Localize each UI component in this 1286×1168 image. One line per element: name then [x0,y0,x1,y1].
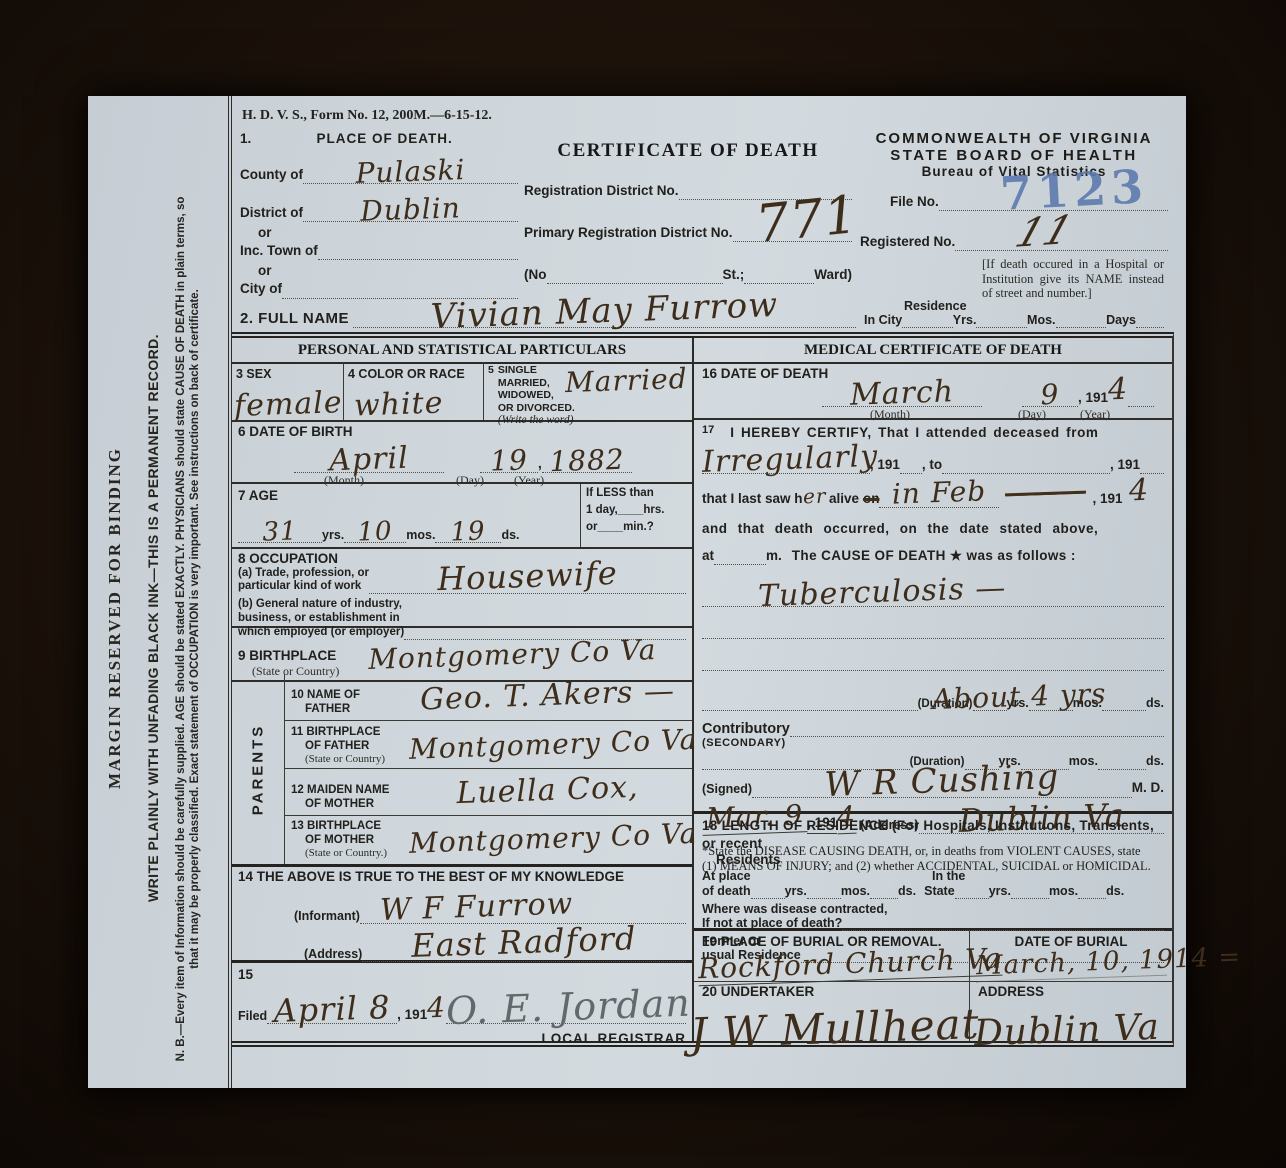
age-ds-unit: ds. [501,527,519,543]
signed-label: (Signed) [702,781,752,797]
state-board-block: COMMONWEALTH OF VIRGINIA STATE BOARD OF … [860,130,1168,301]
contributory-line: Contributory [702,721,1164,737]
informant-block: 14 THE ABOVE IS TRUE TO THE BEST OF MY K… [232,864,692,963]
dod-day-value: 9 [1021,377,1078,412]
dob-year-value: 1882 [541,443,632,479]
occupation-a-line2: particular kind of work [238,580,369,594]
death-occurred-line: and that death occurred, on the date sta… [702,520,1164,538]
margin-nb-note: N. B.—Every item of Information should b… [174,190,202,1068]
occupation-value: Housewife [368,552,686,601]
occupation-cell: 8 OCCUPATION (a) Trade, profession, or p… [232,547,692,628]
residents-label: Residents [716,853,1164,867]
personal-section-title: PERSONAL AND STATISTICAL PARTICULARS [232,338,692,364]
occupation-a-line1: (a) Trade, profession, or [238,567,369,581]
item-1-number: 1. [240,130,251,148]
registered-no-label: Registered No. [860,233,955,251]
undertaker-address-cell: ADDRESS Dublin Va [970,981,1172,1041]
contracted-line-2: If not at place of death? [702,917,1164,931]
age-months-value: 10 [344,516,407,548]
commonwealth-line: COMMONWEALTH OF VIRGINIA [860,130,1168,147]
date-of-birth-cell: 6 DATE OF BIRTH April 19 , 1882 (Month) … [232,420,692,484]
duration-ds-1: ds. [1146,695,1164,711]
undertaker-address-label: ADDRESS [978,984,1044,999]
marital-line-4: OR DIVORCED. [498,402,575,415]
undertaker-signature: J W Mullheat [689,999,980,1058]
registered-no-field: Registered No. 11 [860,233,1168,251]
certify-block: 17 I HEREBY CERTIFY, That I attended dec… [694,420,1172,814]
undertaker-cell: 20 UNDERTAKER J W Mullheat [694,981,970,1041]
medical-section-title: MEDICAL CERTIFICATE OF DEATH [694,338,1172,364]
mother-name-label-2: OF MOTHER [305,798,409,812]
filed-block: 15 Filed April 8 , 191 4 O. E. Jordan LO… [232,963,692,1041]
cause-value-line: Tuberculosis — [702,591,1164,607]
no-label: (No [524,266,547,284]
knowledge-label: 14 THE ABOVE IS TRUE TO THE BEST OF MY K… [238,869,624,884]
age-label: 7 AGE [238,488,278,503]
marital-number: 5 [488,364,494,428]
dod-year-print: , 191 [1078,389,1108,407]
primary-registration-label: Primary Registration District No. [524,224,733,242]
less-line-3: or____min.? [586,521,687,535]
birthplace-label: 9 BIRTHPLACE [238,647,339,665]
marital-line-2: MARRIED, [498,377,575,390]
photo-background: MARGIN RESERVED FOR BINDING WRITE PLAINL… [0,0,1286,1168]
dod-year-caption: (Year) [1080,408,1110,420]
duration-line-1: (Duration) yrs. mos. ds. About 4 yrs [702,695,1164,711]
filed-number: 15 [238,967,253,982]
res-ds-2: ds. [1106,883,1124,899]
in-city-label: In City [864,312,902,328]
county-field: County of Pulaski [240,162,518,184]
burial-place-cell: 19 PLACE OF BURIAL OR REMOVAL. Rockford … [694,931,970,981]
in-the-label: In the [932,868,965,884]
father-name-row: 10 NAME OF FATHER Geo. T. Akers — [285,674,692,721]
marital-cell: 5 SINGLE MARRIED, WIDOWED, OR DIVORCED. … [484,362,692,420]
mother-bp-label-1: 13 BIRTHPLACE [291,820,409,834]
dob-label: 6 DATE OF BIRTH [238,424,353,439]
last-saw-line: that I last saw h er alive on in Feb ———… [702,488,1164,508]
less-line-2: 1 day,____hrs. [586,504,687,518]
or-word-2: or [258,262,518,280]
certify-number: 17 [702,424,714,442]
contracted-q: If not at place of death? [702,915,842,931]
st-label: St.; [723,266,745,284]
less-than-day-cell: If LESS than 1 day,____hrs. or____min.? [580,484,692,547]
res-yrs-1: yrs. [785,883,807,899]
undertaker-address-value: Dublin Va [973,1007,1160,1054]
father-bp-label-3: (State or Country) [305,754,409,765]
residence-mos-label: Mos. [1027,312,1055,328]
occupation-b-line1: (b) General nature of industry, [238,598,404,612]
informant-label: (Informant) [294,908,360,924]
district-field: District of Dublin [240,200,518,222]
sex-value: female [233,385,343,424]
primary-registration-field: Primary Registration District No. 771 [524,224,852,242]
race-value: white [353,385,444,423]
attended-from-line: Irregularly , 191 , to , 191 [702,456,1164,474]
district-label: District of [240,204,303,222]
filed-label: Filed [238,1008,267,1024]
death-certificate: MARGIN RESERVED FOR BINDING WRITE PLAINL… [88,96,1186,1088]
form-number: H. D. V. S., Form No. 12, 200M.—6-15-12. [242,108,492,124]
on-struck-word: on [863,490,880,508]
cause-value: Tuberculosis — [702,565,1165,616]
father-name-value: Geo. T. Akers — [408,673,686,718]
mother-name-label-1: 12 MAIDEN NAME [291,784,409,798]
dod-label: 16 DATE OF DEATH [702,366,828,381]
at-label: at [702,547,714,565]
place-of-death-title: PLACE OF DEATH. [251,130,518,148]
burial-date-cell: DATE OF BURIAL March, 10, 1914 = [970,931,1172,981]
last-saw-year-handwritten: 4 [1128,473,1149,509]
full-name-label: 2. FULL NAME [240,309,349,329]
father-name-label-1: 10 NAME OF [291,689,409,703]
struck-scribble: ——— [1005,477,1087,510]
duration-ds-2: ds. [1146,753,1164,769]
last-saw-value: in Feb [879,474,1000,511]
last-saw-er: er [802,484,826,509]
parents-label-cell: PARENTS [232,674,285,864]
attended-value: Irregularly [701,439,870,480]
marital-line-1: SINGLE [498,364,575,377]
age-cell: 7 AGE 31 yrs. 10 mos. 19 ds. [232,484,580,547]
burial-date-value: March, 10, 1914 = [976,945,1167,983]
less-line-1: If LESS than [586,487,687,501]
registration-district-label: Registration District No. [524,182,679,200]
filed-date-value: April 8 [267,988,398,1031]
parents-block: PARENTS 10 NAME OF FATHER Geo. T. Akers … [232,674,692,867]
m-label: m. [766,547,782,565]
local-registrar-label: LOCAL REGISTRAR [541,1031,686,1046]
registrar-signature: O. E. Jordan [445,981,686,1033]
mother-bp-label-2: OF MOTHER [305,834,409,848]
ward-label: Ward) [814,266,852,284]
certificate-title: CERTIFICATE OF DEATH [524,140,852,162]
mother-birthplace-row: 13 BIRTHPLACE OF MOTHER (State or Countr… [285,816,692,862]
personal-column: PERSONAL AND STATISTICAL PARTICULARS 3 S… [232,338,694,1041]
contributory-label: Contributory [702,721,790,737]
cause-line-label: The CAUSE OF DEATH ★ was as follows : [792,547,1076,565]
secondary-label: (SECONDARY) [702,737,1164,750]
race-cell: 4 COLOR OR RACE white [344,362,484,420]
res-mos-2: mos. [1049,883,1078,899]
full-name-row: 2. FULL NAME Vivian May Furrow Residence… [240,294,1164,328]
residence-18-label: 18 LENGTH OF RESIDENCE (For Hospitals, I… [702,818,1154,851]
dob-day-value: 19 [479,443,538,478]
undertaker-label: 20 UNDERTAKER [702,984,814,999]
residence-block: Residence In City Yrs. Mos. Days [864,298,1164,328]
margin-binding-note: MARGIN RESERVED FOR BINDING [106,168,123,1068]
residence-yrs-label: Yrs. [953,312,977,328]
father-name-label-2: FATHER [305,703,409,717]
filed-year-handwritten: 4 [427,991,447,1025]
dod-month-value: March [821,373,982,414]
marital-line-3: WIDOWED, [498,389,575,402]
blank-line-2 [702,669,1164,671]
file-no-field: File No. 7123 [860,193,1168,211]
dob-month-value: April [293,440,444,480]
medical-column: MEDICAL CERTIFICATE OF DEATH 16 DATE OF … [694,338,1172,1041]
birthplace-value: Montgomery Co Va [339,632,687,677]
file-no-label: File No. [890,193,939,211]
race-label: 4 COLOR OR RACE [348,367,465,381]
res-ds-1: ds. [898,883,916,899]
duration-value: About 4 yrs [931,677,1107,716]
marital-value: Married [565,362,689,399]
signed-line: (Signed) W R Cushing M. D. [702,776,1164,798]
dod-year-handwritten: 4 [1107,372,1128,408]
alive-label: alive [829,490,859,508]
residence-days-label: Days [1106,312,1136,328]
occupation-label: 8 OCCUPATION [238,551,338,566]
certify-line-1: I HEREBY CERTIFY, That I attended deceas… [730,424,1098,442]
county-label: County of [240,166,303,184]
occupation-b-line2: business, or establishment in [238,612,404,626]
street-ward-field: (No St.; Ward) [524,268,852,284]
father-bp-label-1: 11 BIRTHPLACE [291,726,409,740]
mother-name-row: 12 MAIDEN NAME OF MOTHER Luella Cox, [285,769,692,816]
res-mos-1: mos. [841,883,870,899]
certificate-title-block: CERTIFICATE OF DEATH Registration Distri… [524,140,852,284]
filed-year-print: , 191 [397,1006,427,1024]
sex-cell: 3 SEX female [232,362,344,420]
age-years-value: 31 [238,516,323,549]
form-area: H. D. V. S., Form No. 12, 200M.—6-15-12.… [228,96,1172,1088]
age-mos-unit: mos. [406,527,435,543]
mother-bp-label-3: (State or Country.) [305,848,409,859]
informant-address-label: (Address) [304,946,362,962]
county-value: Pulaski [302,151,518,191]
place-of-death-block: 1. PLACE OF DEATH. County of Pulaski Dis… [240,130,518,299]
or-word-1: or [258,224,518,242]
father-birthplace-row: 11 BIRTHPLACE OF FATHER (State or Countr… [285,721,692,769]
parents-label: PARENTS [250,723,267,815]
margin-ink-note: WRITE PLAINLY WITH UNFADING BLACK INK—TH… [146,168,160,1068]
form-body: PERSONAL AND STATISTICAL PARTICULARS 3 S… [232,332,1174,1047]
sex-label: 3 SEX [236,367,271,381]
primary-registration-value: 771 [753,185,861,255]
residence-block-18: 18 LENGTH OF RESIDENCE (For Hospitals, I… [694,814,1172,931]
age-yrs-unit: yrs. [322,527,344,543]
last-saw-pre: that I last saw h [702,490,803,508]
cause-intro-line: at m. The CAUSE OF DEATH ★ was as follow… [702,548,1164,565]
inc-town-field: Inc. Town of [240,242,518,260]
date-of-death-cell: 16 DATE OF DEATH March 9 , 191 4 (Month)… [694,362,1172,420]
age-days-value: 19 [435,516,502,548]
residence-duration-line: of death yrs. mos. ds. State yrs. mos. d… [702,884,1164,899]
blank-line-1 [702,637,1164,639]
at-place-label: At place [702,868,932,884]
attended-year-blank-2: , 191 [1110,456,1140,474]
mother-name-value: Luella Cox, [408,768,686,813]
father-birthplace-value: Montgomery Co Va [409,723,687,766]
attended-to-label: , to [922,456,942,474]
of-death-label: of death [702,883,751,899]
last-saw-year-print: , 191 [1092,490,1122,508]
res-yrs-2: yrs. [989,883,1011,899]
father-bp-label-2: OF FATHER [305,740,409,754]
state-label: State [924,883,955,899]
inc-town-label: Inc. Town of [240,242,318,260]
mother-birthplace-value: Montgomery Co Va [409,817,687,860]
